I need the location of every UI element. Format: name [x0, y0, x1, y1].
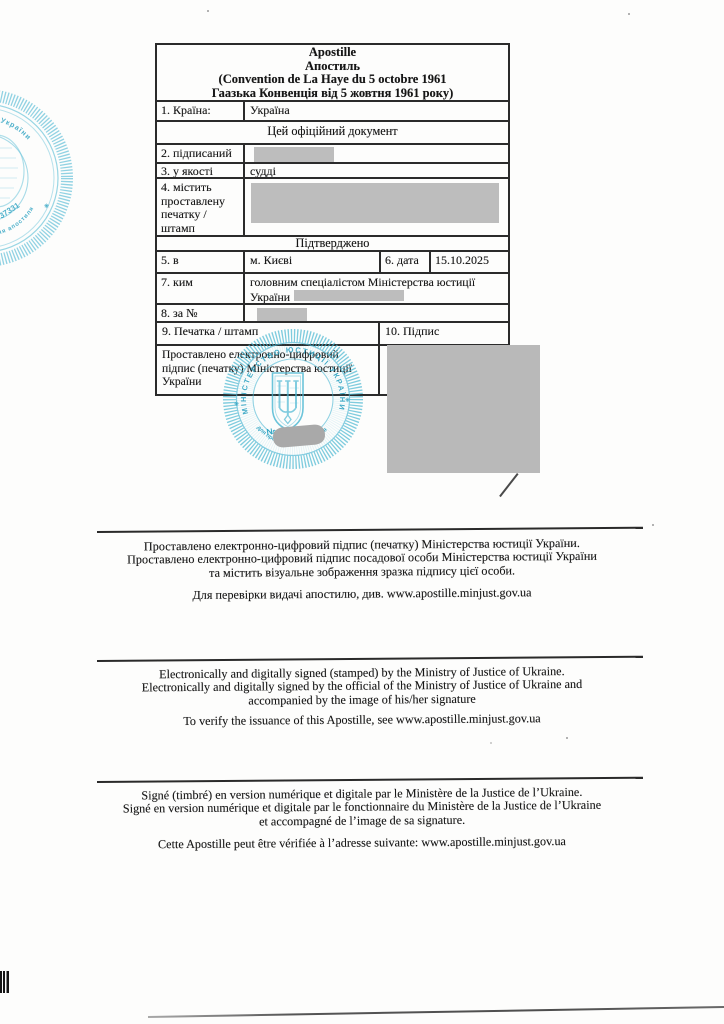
row4-label-line3: печатку /: [161, 208, 240, 222]
footer-uk: Проставлено електронно-цифровий підпис (…: [62, 536, 662, 581]
row7-value-line2: України: [250, 290, 506, 305]
row-signed-by-label: 2. підписаний: [157, 145, 245, 162]
table-header: Apostille Апостиль (Convention de La Hay…: [157, 45, 508, 102]
row-country: 1. Країна: Україна: [157, 102, 508, 122]
shield-trident-icon: [273, 373, 304, 430]
scan-speck: [652, 524, 654, 526]
row7-value-country: України: [250, 290, 290, 304]
left-stamp-emblem-icon: [0, 135, 24, 207]
scan-speck: [566, 737, 568, 739]
row4-label-line2: проставлену: [161, 195, 240, 209]
redacted-official-name: [294, 290, 404, 301]
row-acting-as: 3. у якості судді: [157, 164, 508, 179]
row7-value-line1: головним спеціалістом Міністерства юстиц…: [250, 276, 506, 290]
row-by-whom-value: головним спеціалістом Міністерства юстиц…: [245, 274, 508, 303]
asterisk-separator: ✳: [44, 203, 49, 210]
scan-speck: [628, 13, 630, 15]
scan-edge-line: [148, 1006, 724, 1018]
barcode-mark: [0, 971, 9, 993]
row-acting-as-label: 3. у якості: [157, 164, 245, 177]
title-uk: Апостиль: [157, 60, 508, 74]
row-date-value: 15.10.2025: [431, 252, 508, 272]
scanned-apostille-page: ції України ення апостиля 37331 ✳ Aposti…: [0, 0, 724, 1024]
footer-uk-verify-text: Для перевірки видачі апостилю, див. www.…: [62, 585, 662, 603]
left-edge-stamp-fragment: ції України ення апостиля 37331 ✳: [0, 86, 80, 271]
ministry-of-justice-stamp: МІНІСТЕРСТВО ЮСТИЦІЇ УКРАЇНИ для простав…: [218, 324, 368, 474]
scan-speck: [490, 742, 492, 744]
signature-pen-stroke: [499, 473, 518, 497]
title-fr: (Convention de La Haye du 5 octobre 1961: [157, 73, 508, 87]
redacted-signer-name: [254, 147, 334, 162]
asterisk-separator: ✳: [234, 401, 239, 408]
footer-separator-en: [97, 656, 643, 662]
redacted-apostille-number: [257, 308, 307, 321]
row-date-label: 6. дата: [381, 252, 431, 272]
row-place-value: м. Києві: [245, 252, 381, 272]
footer-fr: Signé (timbré) en version numérique et d…: [62, 785, 662, 830]
row-country-label: 1. Країна:: [157, 102, 245, 120]
title-uk2: Гаазька Конвенція від 5 жовтня 1961 року…: [157, 87, 508, 101]
redacted-signature-image: [387, 345, 540, 473]
row-number-label: 8. за №: [157, 305, 245, 321]
asterisk-separator: ✳: [345, 397, 350, 404]
left-stamp-ring-text: ції України: [0, 113, 34, 142]
row4-label-line4: штамп: [161, 222, 240, 236]
footer-separator-fr: [97, 777, 643, 783]
footer-separator-uk: [97, 527, 643, 533]
section-certified-text: Підтверджено: [157, 237, 508, 250]
row4-label-line1: 4. містить: [161, 181, 240, 195]
scan-speck: [207, 10, 209, 12]
row-by-whom-label: 7. ким: [157, 274, 245, 303]
section-official-document-text: Цей офіційний документ: [157, 122, 508, 143]
section-official-document: Цей офіційний документ: [157, 122, 508, 145]
footer-en-verify: To verify the issuance of this Apostille…: [62, 711, 662, 729]
title-en: Apostille: [157, 46, 508, 60]
footer-en-verify-text: To verify the issuance of this Apostille…: [62, 711, 662, 729]
footer-en: Electronically and digitally signed (sta…: [62, 664, 662, 709]
row-signed-by: 2. підписаний: [157, 145, 508, 164]
redacted-seal-description: [251, 183, 499, 223]
footer-uk-verify: Для перевірки видачі апостилю, див. www.…: [62, 585, 662, 603]
row-number: 8. за №: [157, 305, 508, 323]
row-seal-stamp: 4. містить проставлену печатку / штамп: [157, 179, 508, 237]
row-country-value: Україна: [245, 102, 508, 120]
section-certified: Підтверджено: [157, 237, 508, 252]
svg-text:ції України: ції України: [0, 113, 34, 142]
footer-fr-verify-text: Cette Apostille peut être vérifiée à l’a…: [62, 834, 662, 852]
row-acting-as-value: судді: [245, 164, 508, 177]
row-place-date: 5. в м. Києві 6. дата 15.10.2025: [157, 252, 508, 274]
footer-fr-verify: Cette Apostille peut être vérifiée à l’a…: [62, 834, 662, 852]
row-place-label: 5. в: [157, 252, 245, 272]
row-signature-label: 10. Підпис: [380, 323, 508, 344]
left-stamp-number: 37331: [0, 200, 22, 220]
row-seal-stamp-label: 4. містить проставлену печатку / штамп: [157, 179, 245, 235]
row-by-whom: 7. ким головним спеціалістом Міністерств…: [157, 274, 508, 305]
